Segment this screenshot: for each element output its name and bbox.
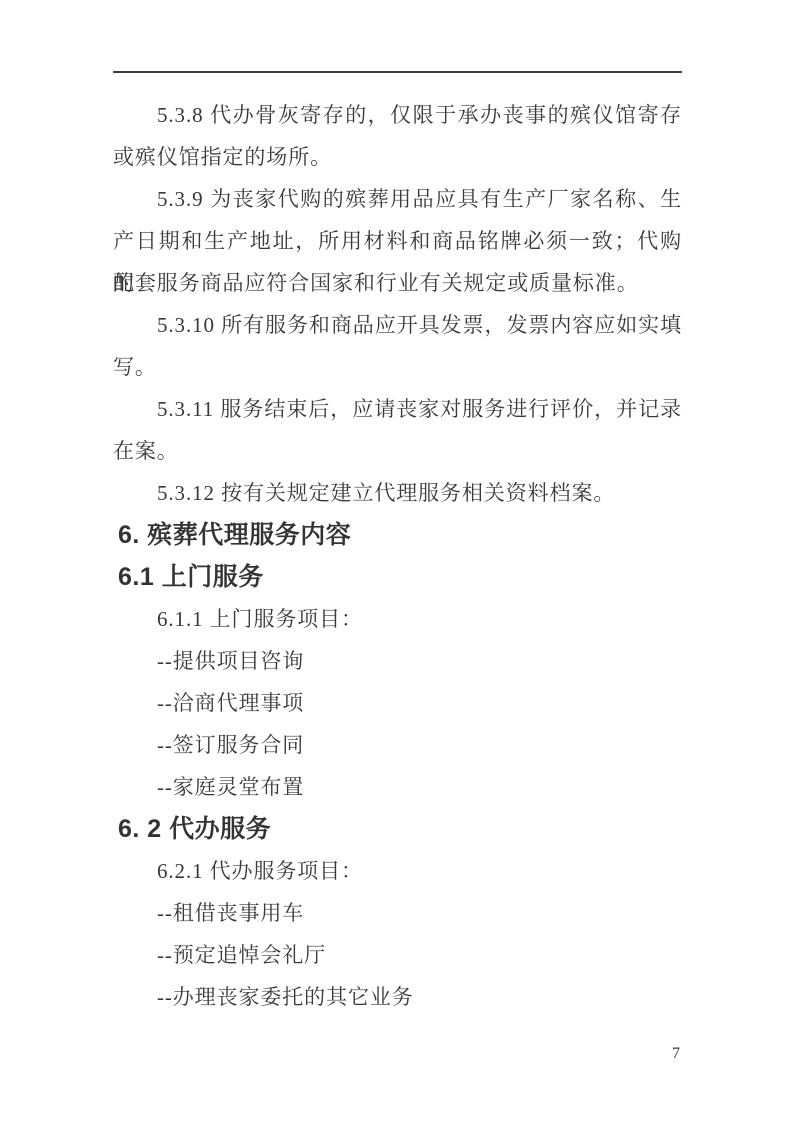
clause-5.3.10-line-2: 写。 — [113, 346, 682, 388]
header-rule — [113, 71, 682, 73]
clause-5.3.9-line-2: 产日期和生产地址，所用材料和商品铭牌必须一致；代购的 — [113, 220, 682, 262]
clause-6.1.1: 6.1.1 上门服务项目： — [113, 598, 682, 640]
clause-5.3.9-line-1: 5.3.9 为丧家代购的殡葬用品应具有生产厂家名称、生 — [113, 178, 682, 220]
clause-6.2.1: 6.2.1 代办服务项目： — [113, 850, 682, 892]
clause-5.3.12: 5.3.12 按有关规定建立代理服务相关资料档案。 — [113, 472, 682, 514]
list-item-contract: --签订服务合同 — [113, 724, 682, 766]
page-number: 7 — [666, 1044, 686, 1064]
document-body: 5.3.8 代办骨灰寄存的，仅限于承办丧事的殡仪馆寄存 或殡仪馆指定的场所。 5… — [113, 94, 682, 1018]
clause-5.3.11-line-2: 在案。 — [113, 430, 682, 472]
list-item-mourning-hall: --家庭灵堂布置 — [113, 766, 682, 808]
clause-5.3.11-line-1: 5.3.11 服务结束后，应请丧家对服务进行评价，并记录 — [113, 388, 682, 430]
clause-5.3.8-line-2: 或殡仪馆指定的场所。 — [113, 136, 682, 178]
document-page: 5.3.8 代办骨灰寄存的，仅限于承办丧事的殡仪馆寄存 或殡仪馆指定的场所。 5… — [0, 0, 800, 1131]
list-item-vehicle: --租借丧事用车 — [113, 892, 682, 934]
clause-5.3.9-line-3: 配套服务商品应符合国家和行业有关规定或质量标准。 — [113, 262, 682, 304]
list-item-other-business: --办理丧家委托的其它业务 — [113, 976, 682, 1018]
list-item-consult: --提供项目咨询 — [113, 640, 682, 682]
clause-5.3.10-line-1: 5.3.10 所有服务和商品应开具发票，发票内容应如实填 — [113, 304, 682, 346]
clause-5.3.8-line-1: 5.3.8 代办骨灰寄存的，仅限于承办丧事的殡仪馆寄存 — [113, 94, 682, 136]
list-item-negotiate: --洽商代理事项 — [113, 682, 682, 724]
section-heading-6: 6. 殡葬代理服务内容 — [113, 514, 682, 556]
section-heading-6-1: 6.1 上门服务 — [113, 556, 682, 598]
list-item-memorial-hall: --预定追悼会礼厅 — [113, 934, 682, 976]
section-heading-6-2: 6. 2 代办服务 — [113, 808, 682, 850]
